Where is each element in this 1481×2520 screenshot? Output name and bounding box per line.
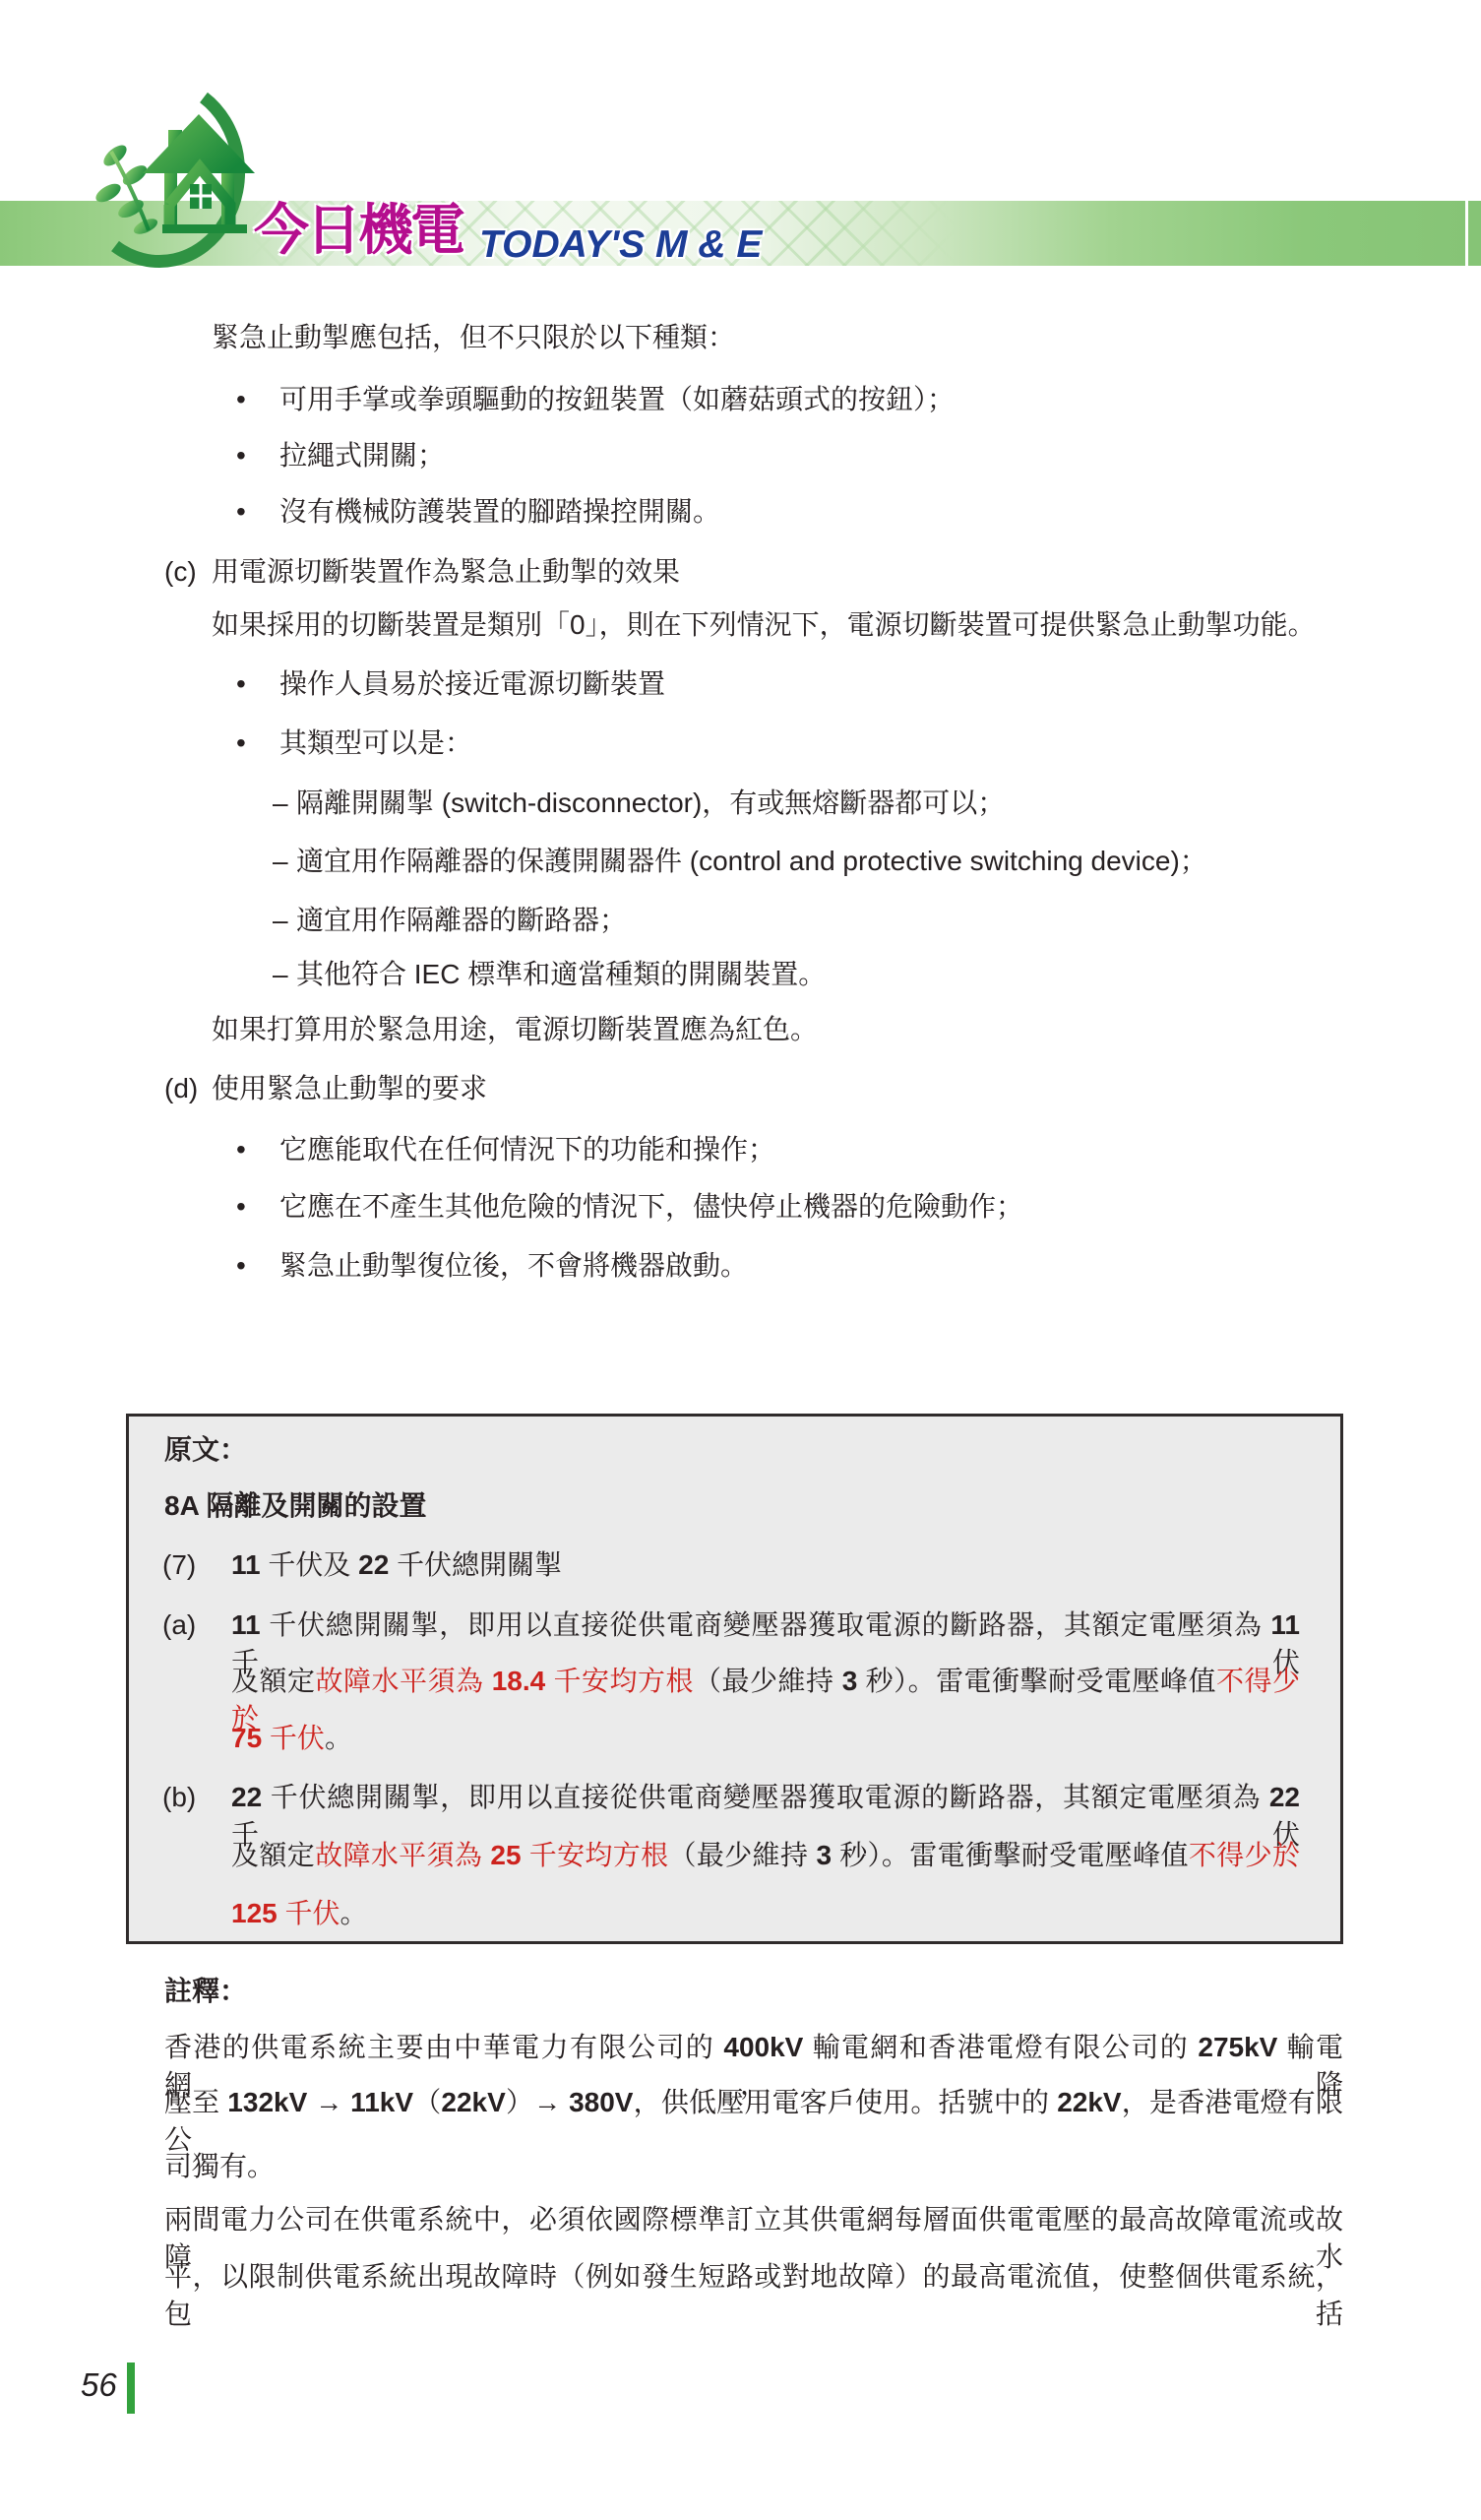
dash-item: –適宜用作隔離器的斷路器； <box>273 902 627 939</box>
bullet-item: •沒有機械防護裝置的腳踏操控開關。 <box>236 493 720 531</box>
box-heading: 8A 隔離及開關的設置 <box>164 1487 427 1525</box>
bullet-glyph: • <box>236 437 279 474</box>
bullet-glyph: • <box>236 1247 279 1285</box>
box-item-text: 11 千伏及 22 千伏總開關掣 <box>231 1549 562 1580</box>
page-number: 56 <box>81 2368 117 2401</box>
dash-text: 其他符合 IEC 標準和適當種類的開關裝置。 <box>296 959 826 989</box>
bullet-item: •其類型可以是： <box>236 724 472 762</box>
bullet-text: 拉繩式開關； <box>279 440 445 471</box>
item-c-paragraph: 如果採用的切斷裝置是類別「0」，則在下列情況下，電源切斷裝置可提供緊急止動掣功能… <box>212 606 1316 644</box>
header-band-divider <box>1465 201 1468 266</box>
box-item-a-line3: 75 千伏。 <box>231 1720 352 1757</box>
bullet-text: 它應能取代在任何情況下的功能和操作； <box>279 1134 775 1165</box>
bullet-glyph: • <box>236 665 279 703</box>
bullet-item: •可用手掌或拳頭驅動的按鈕裝置（如蘑菇頭式的按鈕）； <box>236 381 955 418</box>
logo-ground-bar <box>162 224 247 233</box>
notes-paragraph-line: 壓至 132kV → 11kV（22kV）→ 380V，供低壓用電客戶使用。括號… <box>164 2084 1343 2159</box>
bullet-item: •操作人員易於接近電源切斷裝置 <box>236 665 665 703</box>
bullet-glyph: • <box>236 493 279 531</box>
bullet-glyph: • <box>236 724 279 762</box>
bullet-glyph: • <box>236 1188 279 1226</box>
bullet-text: 可用手掌或拳頭驅動的按鈕裝置（如蘑菇頭式的按鈕）； <box>279 384 955 414</box>
bullet-text: 沒有機械防護裝置的腳踏操控開關。 <box>279 496 720 527</box>
box-item-label: (b) <box>162 1779 231 1816</box>
bullet-item: •它應在不產生其他危險的情況下，儘快停止機器的危險動作； <box>236 1188 1023 1226</box>
dash-glyph: – <box>273 956 296 993</box>
box-item-7: (7)11 千伏及 22 千伏總開關掣 <box>162 1546 562 1584</box>
item-d-title: (d)使用緊急止動掣的要求 <box>164 1070 487 1107</box>
dash-item: –其他符合 IEC 標準和適當種類的開關裝置。 <box>273 956 826 993</box>
box-item-label: (7) <box>162 1546 231 1584</box>
box-origin-label: 原文： <box>164 1431 247 1469</box>
dash-text: 適宜用作隔離器的斷路器； <box>296 905 627 935</box>
logo-house-window <box>190 184 212 209</box>
item-label: (c) <box>164 553 212 591</box>
bullet-item: •拉繩式開關； <box>236 437 445 474</box>
bullet-text: 其類型可以是： <box>279 727 472 758</box>
item-title-text: 用電源切斷裝置作為緊急止動掣的效果 <box>212 556 680 587</box>
logo-leaves <box>93 142 159 237</box>
bullet-text: 它應在不產生其他危險的情況下，儘快停止機器的危險動作； <box>279 1191 1023 1222</box>
bullet-item: •它應能取代在任何情況下的功能和操作； <box>236 1131 775 1168</box>
notes-paragraph-line: 平，以限制供電系統出現故障時（例如發生短路或對地故障）的最高電流值，使整個供電系… <box>164 2258 1343 2333</box>
dash-item: –適宜用作隔離器的保護開關器件 (control and protective … <box>273 843 1207 880</box>
box-item-b-line3: 125 千伏。 <box>231 1895 368 1932</box>
item-label: (d) <box>164 1070 212 1107</box>
box-item-b-line2: 及額定故障水平須為 25 千安均方根（最少維持 3 秒）。雷電衝擊耐受電壓峰值不… <box>231 1837 1300 1874</box>
magazine-title: 今日機電 <box>254 203 463 258</box>
item-c-title: (c)用電源切斷裝置作為緊急止動掣的效果 <box>164 553 680 591</box>
notes-label: 註釋： <box>164 1973 247 2010</box>
eco-house-logo-icon <box>54 91 280 283</box>
dash-text: 適宜用作隔離器的保護開關器件 (control and protective s… <box>296 846 1207 876</box>
bullet-glyph: • <box>236 381 279 418</box>
page-number-green-bar <box>127 2362 135 2414</box>
item-title-text: 使用緊急止動掣的要求 <box>212 1073 487 1103</box>
bullet-item: •緊急止動掣復位後，不會將機器啟動。 <box>236 1247 748 1285</box>
bullet-text: 緊急止動掣復位後，不會將機器啟動。 <box>279 1250 748 1281</box>
box-item-label: (a) <box>162 1606 231 1644</box>
bullet-glyph: • <box>236 1131 279 1168</box>
dash-text: 隔離開關掣 (switch-disconnector)，有或無熔斷器都可以； <box>296 787 1005 818</box>
box-item-a-line2: 及額定故障水平須為 18.4 千安均方根（最少維持 3 秒）。雷電衝擊耐受電壓峰… <box>231 1663 1300 1737</box>
dash-glyph: – <box>273 843 296 880</box>
magazine-subtitle: TODAY'S M & E <box>479 225 762 264</box>
dash-glyph: – <box>273 785 296 822</box>
dash-glyph: – <box>273 902 296 939</box>
intro-line: 緊急止動掣應包括，但不只限於以下種類： <box>212 319 735 356</box>
bullet-text: 操作人員易於接近電源切斷裝置 <box>279 668 665 699</box>
dash-item: –隔離開關掣 (switch-disconnector)，有或無熔斷器都可以； <box>273 785 1005 822</box>
magazine-page: 今日機電 TODAY'S M & E 緊急止動掣應包括，但不只限於以下種類： •… <box>0 0 1481 2520</box>
notes-paragraph-line: 司獨有。 <box>164 2148 275 2185</box>
item-c-paragraph2: 如果打算用於緊急用途，電源切斷裝置應為紅色。 <box>212 1011 818 1048</box>
